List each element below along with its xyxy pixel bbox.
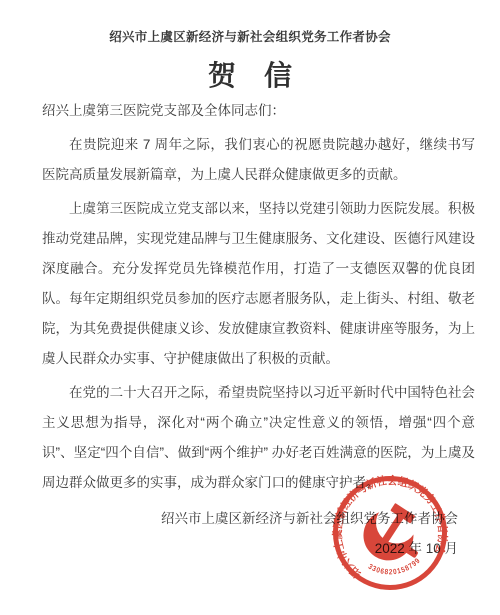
- salutation: 绍兴上虞第三医院党支部及全体同志们：: [42, 96, 475, 126]
- letter-body: 绍兴上虞第三医院党支部及全体同志们： 在贵院迎来 7 周年之际，我们衷心的祝愿贵…: [42, 96, 475, 564]
- letter-paragraph: 上虞第三医院成立党支部以来，坚持以党建引领助力医院发展。积极推动党建品牌，实现党…: [42, 194, 475, 374]
- letter-date: 2022 年 10 月: [42, 534, 458, 564]
- letter-paragraph: 在贵院迎来 7 周年之际，我们衷心的祝愿贵院越办越好，继续书写医院高质量发展新篇…: [42, 130, 475, 190]
- paragraphs: 在贵院迎来 7 周年之际，我们衷心的祝愿贵院越办越好，继续书写医院高质量发展新篇…: [42, 130, 475, 498]
- letter-title: 贺 信: [0, 59, 500, 93]
- letter-paragraph: 在党的二十大召开之际，希望贵院坚持以习近平新时代中国特色社会主义思想为指导，深化…: [42, 378, 475, 498]
- letter-page: 绍兴市上虞区新经济与新社会组织党务工作者协会 贺 信 绍兴上虞第三医院党支部及全…: [0, 0, 500, 615]
- signature-org-name: 绍兴市上虞区新经济与新社会组织党务工作者协会: [42, 504, 458, 534]
- closing-block: 绍兴市上虞区新经济与新社会组织党务工作者协会 2022 年 10 月: [42, 504, 475, 564]
- header-org-name: 绍兴市上虞区新经济与新社会组织党务工作者协会: [0, 0, 500, 45]
